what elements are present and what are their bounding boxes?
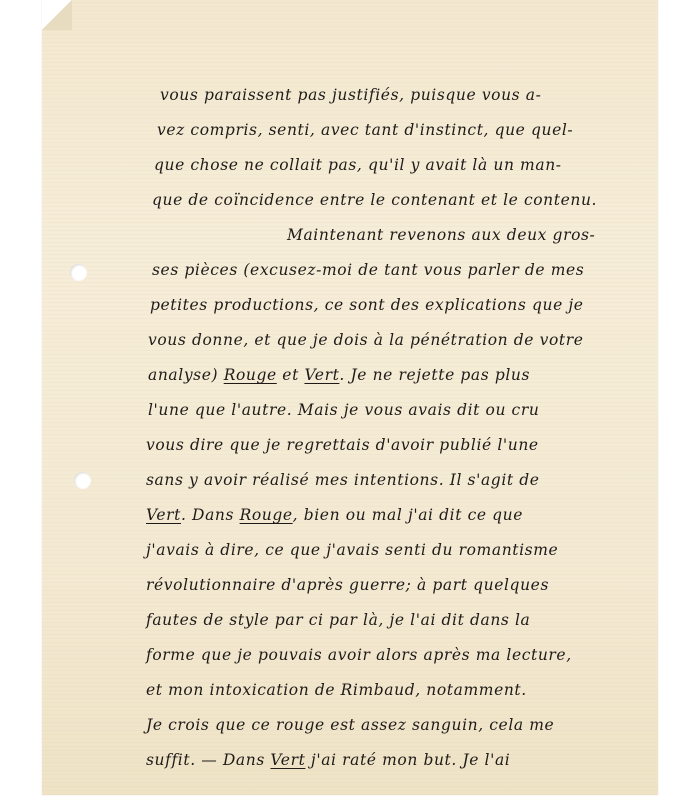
underlined-title-rouge: Rouge [224,366,277,384]
letter-line-12: sans y avoir réalisé mes intentions. Il … [146,471,540,489]
letter-line-17: forme que je pouvais avoir alors après m… [146,646,572,664]
letter-line-5: Maintenant revenons aux deux gros- [287,226,595,244]
text: . Je ne rejette pas plus [339,366,530,384]
letter-line-6: ses pièces (excusez-moi de tant vous par… [152,261,584,279]
letter-line-15: révolutionnaire d'après guerre; à part q… [146,576,549,594]
text: , bien ou mal j'ai dit ce que [293,506,523,524]
letter-line-2: vez compris, senti, avec tant d'instinct… [157,121,573,139]
letter-line-8: vous donne, et que je dois à la pénétrat… [148,331,584,349]
letter-line-11: vous dire que je regrettais d'avoir publ… [146,436,539,454]
text: analyse) [148,366,224,384]
letter-line-13: Vert. Dans Rouge, bien ou mal j'ai dit c… [146,506,523,524]
letter-line-3: que chose ne collait pas, qu'il y avait … [154,156,562,174]
underlined-title-rouge: Rouge [240,506,293,524]
punch-hole-bottom [74,472,91,489]
letter-line-16: fautes de style par ci par là, je l'ai d… [146,611,530,629]
letter-line-14: j'avais à dire, ce que j'avais senti du … [146,541,558,559]
underlined-title-vert: Vert [270,751,305,769]
underlined-title-vert: Vert [146,506,181,524]
letter-line-10: l'une que l'autre. Mais je vous avais di… [148,401,539,419]
text: j'ai raté mon but. Je l'ai [305,751,510,769]
letter-line-1: vous paraissent pas justifiés, puisque v… [160,86,541,104]
text: suffit. — Dans [146,751,270,769]
text: et [277,366,305,384]
letter-line-19: Je crois que ce rouge est assez sanguin,… [146,716,554,734]
text: . Dans [181,506,240,524]
letter-line-20: suffit. — Dans Vert j'ai raté mon but. J… [146,751,510,769]
punch-hole-top [70,264,87,281]
letter-line-9: analyse) Rouge et Vert. Je ne rejette pa… [148,366,530,384]
folded-corner [42,0,72,30]
letter-line-7: petites productions, ce sont des explica… [150,296,584,314]
underlined-title-vert: Vert [304,366,339,384]
letter-page: vous paraissent pas justifiés, puisque v… [42,0,658,795]
letter-line-18: et mon intoxication de Rimbaud, notammen… [146,681,527,699]
letter-line-4: que de coïncidence entre le contenant et… [152,191,597,209]
